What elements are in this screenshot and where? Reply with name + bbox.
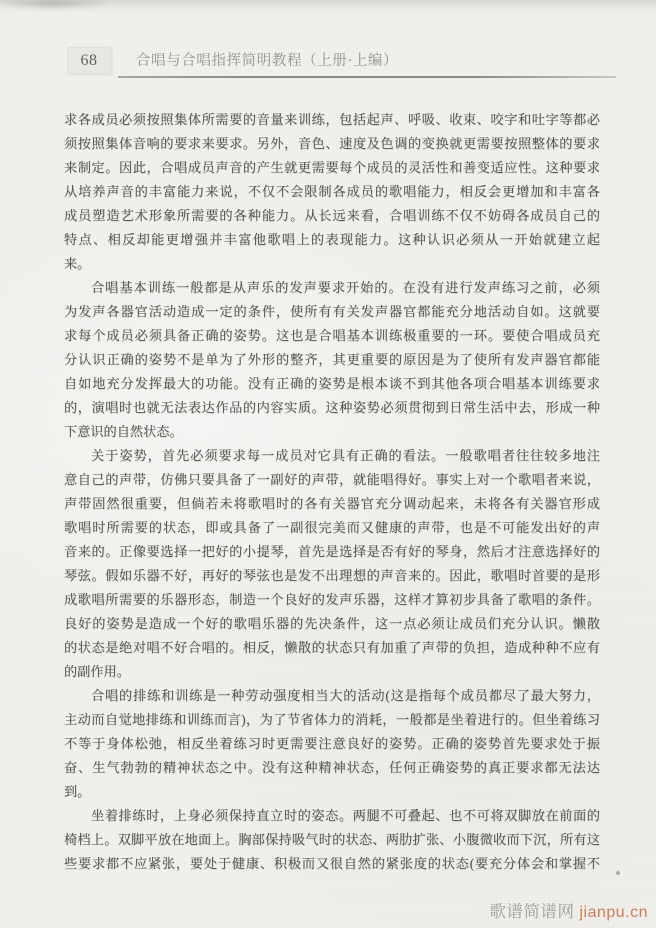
text-line: 特点、相反却能更增强并丰富他歌唱上的表现能力。这种认识必须从一开始就建立起 bbox=[64, 228, 600, 252]
watermark-site-name: 歌谱简谱网 bbox=[489, 902, 574, 921]
text-line: 求各成员必须按照集体所需要的音量来训练，包括起声、呼吸、收束、咬字和吐字等都必 bbox=[64, 108, 600, 132]
text-line: 主动而自觉地排练和训练而言)，为了节省体力的消耗，一般都是坐着进行的。但坐着练习 bbox=[64, 708, 600, 732]
text-line: 不等于身体松弛，相反坐着练习时更需要注意良好的姿势。正确的姿势首先要求处于振 bbox=[64, 732, 600, 756]
text-line: 成歌唱所需要的乐器形态，制造一个良好的发声乐器，这样才算初步具备了歌唱的条件。 bbox=[64, 588, 600, 612]
text-line: 音来的。正像要选择一把好的小提琴，首先是选择是否有好的琴身，然后才注意选择好的 bbox=[64, 540, 600, 564]
text-line: 来。 bbox=[64, 252, 600, 276]
page-number-box: 68 bbox=[67, 47, 111, 74]
text-line: 分认识正确的姿势不是单为了外形的整齐，其更重要的原因是为了使所有发声器官都能 bbox=[64, 348, 600, 372]
text-line: 椅档上。双脚平放在地面上。胸部保持吸气时的状态、两肋扩张、小腹微收而下沉，所有这 bbox=[64, 828, 600, 852]
text-line: 合唱基本训练一般都是从声乐的发声要求开始的。在没有进行发声练习之前，必须 bbox=[64, 276, 600, 300]
text-line: 的副作用。 bbox=[64, 660, 600, 684]
watermark: 歌谱简谱网jianpu.cn bbox=[489, 901, 648, 923]
text-line: 琴弦。假如乐器不好，再好的琴弦也是发不出理想的声音来的。因此，歌唱时首要的是形 bbox=[64, 564, 600, 588]
text-line: 从培养声音的丰富能力来说，不仅不会限制各成员的歌唱能力，相反会更增加和丰富各 bbox=[64, 180, 600, 204]
scanned-book-page: 68 合唱与合唱指挥简明教程（上册·上编） 求各成员必须按照集体所需要的音量来训… bbox=[0, 0, 656, 928]
text-line: 良好的姿势是造成一个好的歌唱乐器的先决条件，这一点必须让成员们充分认识。懒散 bbox=[64, 612, 600, 636]
header-rule bbox=[118, 76, 616, 78]
text-line: 求每个成员必须具备正确的姿势。这也是合唱基本训练极重要的一环。要使合唱成员充 bbox=[64, 324, 600, 348]
text-line: 坐着排练时，上身必须保持直立时的姿态。两腿不可叠起、也不可将双脚放在前面的 bbox=[64, 804, 600, 828]
body-text: 求各成员必须按照集体所需要的音量来训练，包括起声、呼吸、收束、咬字和吐字等都必须… bbox=[64, 108, 600, 876]
text-line: 来制定。因此，合唱成员声音的产生就更需要每个成员的灵活性和善变适应性。这种要求 bbox=[64, 156, 600, 180]
text-line: 奋、生气勃勃的精神状态之中。没有这种精神状态，任何正确姿势的真正要求都无法达 bbox=[64, 756, 600, 780]
text-line: 到。 bbox=[64, 780, 600, 804]
text-line: 自如地充分发挥最大的功能。没有正确的姿势是根本谈不到其他各项合唱基本训练要求 bbox=[64, 372, 600, 396]
text-line: 为发声各器官活动造成一定的条件，使所有有关发声器官都能充分地活动自如。这就要 bbox=[64, 300, 600, 324]
text-line: 成员塑造艺术形象所需要的各种能力。从长远来看，合唱训练不仅不妨碍各成员自己的 bbox=[64, 204, 600, 228]
text-line: 些要求都不应紧张，要处于健康、积极而又很自然的紧张度的状态(要充分体会和掌握不 bbox=[64, 852, 600, 876]
text-line: 须按照集体音响的要求来要求。另外，音色、速度及色调的变换就更需要按照整体的要求 bbox=[64, 132, 600, 156]
text-line: 声带固然很重要，但倘若未将歌唱时的各有关器官充分调动起来，未将各有关器官形成 bbox=[64, 492, 600, 516]
text-line: 合唱的排练和训练是一种劳动强度相当大的活动(这是指每个成员都尽了最大努力， bbox=[64, 684, 600, 708]
book-title: 合唱与合唱指挥简明教程（上册·上编） bbox=[136, 51, 398, 71]
text-line: 关于姿势，首先必须要求每一成员对它具有正确的看法。一般歌唱者往往较多地注 bbox=[64, 444, 600, 468]
page-number: 68 bbox=[81, 52, 98, 70]
text-line: 歌唱时所需要的状态，即或具备了一副很完美而又健康的声带，也是不可能发出好的声 bbox=[64, 516, 600, 540]
text-line: 意自己的声带，仿佛只要具备了一副好的声带，就能唱得好。事实上对一个歌唱者来说， bbox=[64, 468, 600, 492]
watermark-site-url: jianpu.cn bbox=[579, 904, 648, 921]
text-line: 的状态是绝对唱不好合唱的。相反，懒散的状态只有加重了声带的负担，造成种种不应有 bbox=[64, 636, 600, 660]
text-line: 下意识的自然状态。 bbox=[64, 420, 600, 444]
scan-speck bbox=[615, 870, 621, 876]
scan-corner-smudge bbox=[0, 0, 144, 14]
text-line: 的，演唱时也就无法表达作品的内容实质。这种姿势必须贯彻到日常生活中去，形成一种 bbox=[64, 396, 600, 420]
